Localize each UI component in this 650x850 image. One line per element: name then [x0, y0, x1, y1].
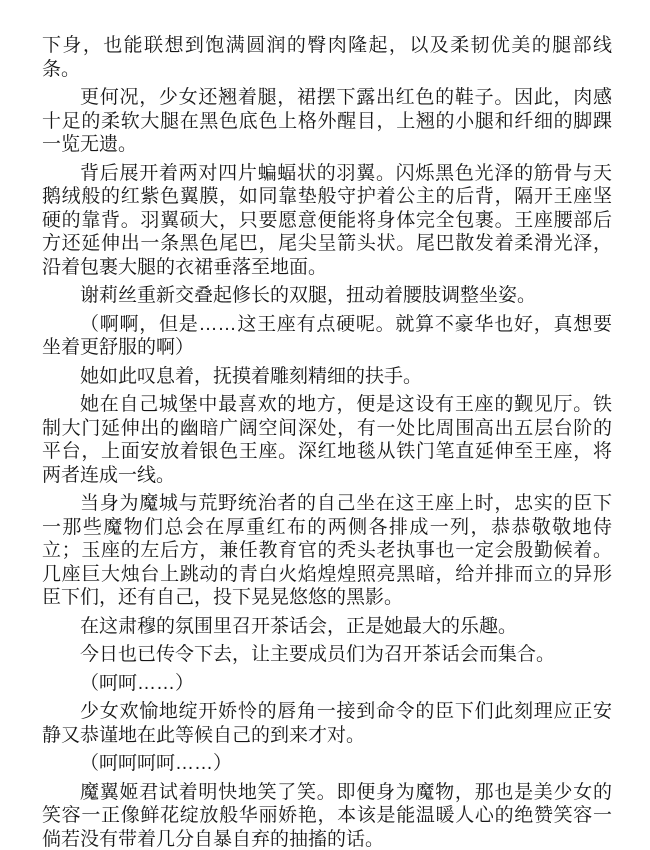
- paragraph: （呵呵呵呵……）: [42, 752, 612, 776]
- text-line: 几座巨大烛台上跳动的青白火焰煌煌照亮黑暗，给并排而立的异形: [42, 563, 612, 587]
- text-line: 臣下们，还有自己，投下晃晃悠悠的黑影。: [42, 586, 612, 610]
- paragraph: 她如此叹息着，抚摸着雕刻精细的扶手。: [42, 365, 612, 389]
- text-line: （呵呵……）: [42, 672, 612, 696]
- text-line: 平台，上面安放着银色王座。深红地毯从铁门笔直延伸至王座，将: [42, 440, 612, 464]
- paragraph: 背后展开着两对四片蝙蝠状的羽翼。闪烁黑色光泽的筋骨与天鹅绒般的红紫色翼膜，如同靠…: [42, 162, 612, 280]
- text-line: 当身为魔城与荒野统治者的自己坐在这王座上时，忠实的臣下: [42, 492, 612, 516]
- paragraph: 更何况，少女还翘着腿，裙摆下露出红色的鞋子。因此，肉感十足的柔软大腿在黑色底色上…: [42, 86, 612, 157]
- text-line: 十足的柔软大腿在黑色底色上格外醒目，上翘的小腿和纤细的脚踝: [42, 110, 612, 134]
- text-line: 鹅绒般的红紫色翼膜，如同靠垫般守护着公主的后背，隔开王座坚: [42, 185, 612, 209]
- text-line: 谢莉丝重新交叠起修长的双腿，扭动着腰肢调整坐姿。: [42, 284, 612, 308]
- text-line: 笑容一正像鲜花绽放般华丽娇艳，本该是能温暖人心的绝赞笑容一: [42, 804, 612, 828]
- text-line: 坐着更舒服的啊）: [42, 336, 612, 360]
- text-line: 倘若没有带着几分自暴自弃的抽搐的话。: [42, 828, 612, 850]
- paragraph: 在这肃穆的氛围里召开茶话会，正是她最大的乐趣。: [42, 615, 612, 639]
- paragraph: 谢莉丝重新交叠起修长的双腿，扭动着腰肢调整坐姿。: [42, 284, 612, 308]
- text-line: 魔翼姬君试着明快地笑了笑。即便身为魔物，那也是美少女的: [42, 781, 612, 805]
- paragraph: 少女欢愉地绽开娇怜的唇角一接到命令的臣下们此刻理应正安静又恭谨地在此等候自己的到…: [42, 700, 612, 747]
- text-line: 在这肃穆的氛围里召开茶话会，正是她最大的乐趣。: [42, 615, 612, 639]
- text-line: 她在自己城堡中最喜欢的地方，便是这设有王座的觐见厅。铁: [42, 393, 612, 417]
- text-line: 制大门延伸出的幽暗广阔空间深处，有一处比周围高出五层台阶的: [42, 417, 612, 441]
- paragraph: （呵呵……）: [42, 672, 612, 696]
- text-line: 下身，也能联想到饱满圆润的臀肉隆起，以及柔韧优美的腿部线: [42, 34, 612, 58]
- paragraph: 下身，也能联想到饱满圆润的臀肉隆起，以及柔韧优美的腿部线条。: [42, 34, 612, 81]
- paragraph: （啊啊，但是……这王座有点硬呢。就算不豪华也好，真想要坐着更舒服的啊）: [42, 313, 612, 360]
- text-line: 立；玉座的左后方，兼任教育官的秃头老执事也一定会殷勤候着。: [42, 539, 612, 563]
- page-text-body: 下身，也能联想到饱满圆润的臀肉隆起，以及柔韧优美的腿部线条。更何况，少女还翘着腿…: [42, 34, 612, 850]
- text-line: 一那些魔物们总会在厚重红布的两侧各排成一列，恭恭敬敬地侍: [42, 516, 612, 540]
- text-line: 少女欢愉地绽开娇怜的唇角一接到命令的臣下们此刻理应正安: [42, 700, 612, 724]
- paragraph: 当身为魔城与荒野统治者的自己坐在这王座上时，忠实的臣下一那些魔物们总会在厚重红布…: [42, 492, 612, 610]
- text-line: （呵呵呵呵……）: [42, 752, 612, 776]
- text-line: 沿着包裹大腿的衣裙垂落至地面。: [42, 256, 612, 280]
- text-line: 条。: [42, 58, 612, 82]
- text-line: 一览无遗。: [42, 133, 612, 157]
- paragraph: 今日也已传令下去，让主要成员们为召开茶话会而集合。: [42, 643, 612, 667]
- text-line: 更何况，少女还翘着腿，裙摆下露出红色的鞋子。因此，肉感: [42, 86, 612, 110]
- text-line: 方还延伸出一条黑色尾巴，尾尖呈箭头状。尾巴散发着柔滑光泽，: [42, 232, 612, 256]
- paragraph: 魔翼姬君试着明快地笑了笑。即便身为魔物，那也是美少女的笑容一正像鲜花绽放般华丽娇…: [42, 781, 612, 850]
- novel-text-page: 下身，也能联想到饱满圆润的臀肉隆起，以及柔韧优美的腿部线条。更何况，少女还翘着腿…: [0, 0, 650, 850]
- text-line: 两者连成一线。: [42, 464, 612, 488]
- text-line: 背后展开着两对四片蝙蝠状的羽翼。闪烁黑色光泽的筋骨与天: [42, 162, 612, 186]
- text-line: 她如此叹息着，抚摸着雕刻精细的扶手。: [42, 365, 612, 389]
- text-line: 硬的靠背。羽翼硕大，只要愿意便能将身体完全包裹。王座腰部后: [42, 209, 612, 233]
- paragraph: 她在自己城堡中最喜欢的地方，便是这设有王座的觐见厅。铁制大门延伸出的幽暗广阔空间…: [42, 393, 612, 487]
- text-line: （啊啊，但是……这王座有点硬呢。就算不豪华也好，真想要: [42, 313, 612, 337]
- text-line: 今日也已传令下去，让主要成员们为召开茶话会而集合。: [42, 643, 612, 667]
- text-line: 静又恭谨地在此等候自己的到来才对。: [42, 724, 612, 748]
